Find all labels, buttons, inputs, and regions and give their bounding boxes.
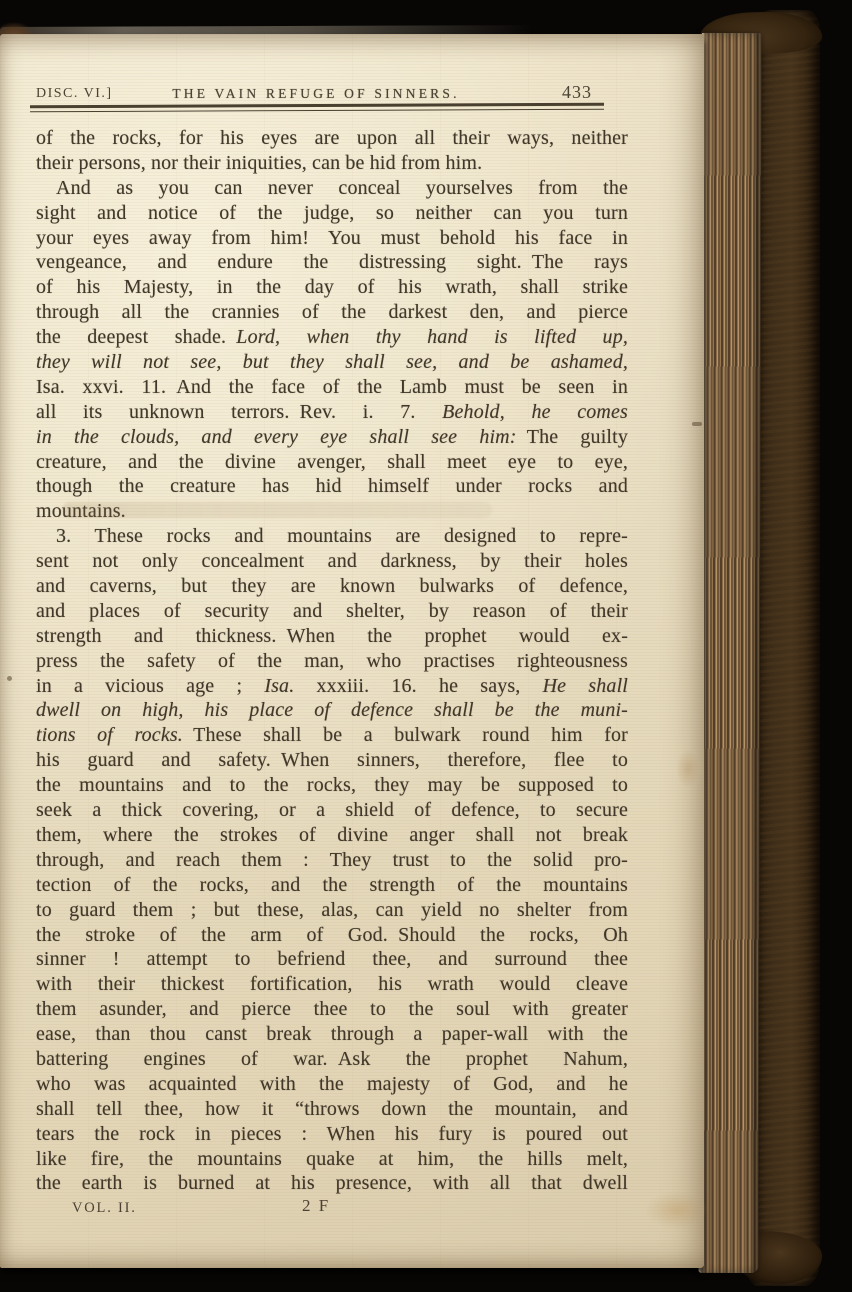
text-line: who was acquainted with the majesty of G…: [36, 1072, 628, 1097]
scripture-quote-text: He shall: [543, 675, 628, 697]
body-text-segment: of his Majesty, in the day of his wrath,…: [36, 276, 628, 298]
body-text-segment: battering engines of war. Ask the prophe…: [36, 1048, 628, 1070]
body-text-segment: them, where the strokes of divine anger …: [36, 824, 628, 846]
text-line: sight and notice of the judge, so neithe…: [36, 201, 628, 226]
scripture-quote-text: dwell on high, his place of defence shal…: [36, 699, 628, 721]
body-text-segment: sight and notice of the judge, so neithe…: [36, 202, 628, 224]
page-footer: VOL. II. 2 F: [0, 1196, 640, 1222]
text-line: through all the crannies of the darkest …: [36, 300, 628, 325]
scripture-quote-text: in the clouds, and every eye shall see h…: [36, 426, 517, 448]
scripture-quote-text: tions of rocks.: [36, 724, 183, 746]
text-line: them asunder, and pierce thee to the sou…: [36, 997, 628, 1022]
body-text-segment: tection of the rocks, and the strength o…: [36, 874, 628, 896]
text-line: mountains.: [36, 499, 628, 524]
body-text-segment: shall tell thee, how it “throws down the…: [36, 1098, 628, 1120]
footer-signature-mark: 2 F: [302, 1196, 330, 1216]
body-text-segment: through all the crannies of the darkest …: [36, 301, 628, 323]
body-text-segment: sinner ! attempt to befriend thee, and s…: [36, 948, 628, 970]
text-line: with their thickest fortification, his w…: [36, 972, 628, 997]
text-line: to guard them ; but these, alas, can yie…: [36, 898, 628, 923]
body-text-segment: strength and thickness. When the prophet…: [36, 625, 628, 647]
body-text-segment: the deepest shade.: [36, 326, 236, 348]
body-text-segment: like fire, the mountains quake at him, t…: [36, 1148, 628, 1170]
scripture-quote-text: Lord, when thy hand is lifted up,: [236, 326, 628, 348]
body-text-segment: Isa. xxvi. 11. And the face of the Lamb …: [36, 376, 628, 398]
scripture-quote-text: Behold, he comes: [442, 401, 628, 423]
text-line: vengeance, and endure the distressing si…: [36, 250, 628, 275]
text-line: the earth is burned at his presence, wit…: [36, 1171, 628, 1196]
scripture-quote-text: they will not see, but they shall see, a…: [36, 351, 628, 373]
body-text-segment: all its unknown terrors. Rev. i. 7.: [36, 401, 442, 423]
body-text-segment: the stroke of the arm of God. Should the…: [36, 924, 628, 946]
body-text-segment: creature, and the divine avenger, shall …: [36, 451, 628, 473]
text-line: though the creature has hid himself unde…: [36, 474, 628, 499]
text-line: in a vicious age ; Isa. xxxiii. 16. he s…: [36, 674, 628, 699]
footer-volume-label: VOL. II.: [72, 1200, 137, 1217]
text-line: your eyes away from him! You must behold…: [36, 226, 628, 251]
body-text-segment: the earth is burned at his presence, wit…: [36, 1172, 628, 1194]
body-text-segment: through, and reach them : They trust to …: [36, 849, 628, 871]
text-line: all its unknown terrors. Rev. i. 7. Beho…: [36, 400, 628, 425]
page-body: of the rocks, for his eyes are upon all …: [36, 126, 628, 1196]
page-fore-edge: [698, 33, 761, 1273]
header-running-title: THE VAIN REFUGE OF SINNERS.: [30, 86, 602, 102]
text-line: tears the rock in pieces : When his fury…: [36, 1122, 628, 1147]
body-text-segment: The guilty: [517, 426, 628, 448]
body-text-segment: though the creature has hid himself unde…: [36, 475, 628, 497]
text-line: them, where the strokes of divine anger …: [36, 823, 628, 848]
body-text-segment: in a vicious age ;: [36, 675, 264, 697]
text-line: their persons, nor their iniquities, can…: [36, 151, 628, 176]
paper-speck: [7, 676, 12, 681]
body-text-segment: his guard and safety. When sinners, ther…: [36, 749, 628, 771]
body-text-segment: mountains.: [36, 500, 126, 522]
text-line: they will not see, but they shall see, a…: [36, 350, 628, 375]
scripture-quote-text: Isa.: [264, 675, 294, 697]
header-rule: [30, 103, 604, 113]
text-line: 3. These rocks and mountains are designe…: [36, 524, 628, 549]
book-page: DISC. VI.] THE VAIN REFUGE OF SINNERS. 4…: [0, 34, 704, 1268]
text-line: sent not only concealment and darkness, …: [36, 549, 628, 574]
body-text-segment: and places of security and shelter, by r…: [36, 600, 628, 622]
body-text-segment: ease, than thou canst break through a pa…: [36, 1023, 628, 1045]
body-text-segment: with their thickest fortification, his w…: [36, 973, 628, 995]
text-line: and caverns, but they are known bulwarks…: [36, 574, 628, 599]
text-line: the mountains and to the rocks, they may…: [36, 773, 628, 798]
body-text-segment: to guard them ; but these, alas, can yie…: [36, 899, 628, 921]
text-line: Isa. xxvi. 11. And the face of the Lamb …: [36, 375, 628, 400]
body-text-segment: of the rocks, for his eyes are upon all …: [36, 127, 628, 149]
body-text-segment: seek a thick covering, or a shield of de…: [36, 799, 628, 821]
text-line: through, and reach them : They trust to …: [36, 848, 628, 873]
text-line: sinner ! attempt to befriend thee, and s…: [36, 947, 628, 972]
body-text-segment: 3. These rocks and mountains are designe…: [56, 525, 628, 547]
body-text-segment: and caverns, but they are known bulwarks…: [36, 575, 628, 597]
paper-speck: [692, 422, 702, 426]
header-page-number: 433: [562, 82, 592, 103]
text-line: creature, and the divine avenger, shall …: [36, 450, 628, 475]
body-text-segment: your eyes away from him! You must behold…: [36, 227, 628, 249]
body-text-segment: vengeance, and endure the distressing si…: [36, 251, 628, 273]
text-line: his guard and safety. When sinners, ther…: [36, 748, 628, 773]
text-line: in the clouds, and every eye shall see h…: [36, 425, 628, 450]
text-line: of his Majesty, in the day of his wrath,…: [36, 275, 628, 300]
body-text-segment: press the safety of the man, who practis…: [36, 650, 628, 672]
body-text-segment: their persons, nor their iniquities, can…: [36, 152, 482, 174]
text-line: dwell on high, his place of defence shal…: [36, 698, 628, 723]
body-text-segment: And as you can never conceal yourselves …: [56, 177, 628, 199]
text-line: tions of rocks. These shall be a bulwark…: [36, 723, 628, 748]
body-text-segment: them asunder, and pierce thee to the sou…: [36, 998, 628, 1020]
paper-stain: [676, 750, 700, 788]
text-line: ease, than thou canst break through a pa…: [36, 1022, 628, 1047]
text-line: battering engines of war. Ask the prophe…: [36, 1047, 628, 1072]
text-line: like fire, the mountains quake at him, t…: [36, 1147, 628, 1172]
body-text-segment: sent not only concealment and darkness, …: [36, 550, 628, 572]
book-photo: DISC. VI.] THE VAIN REFUGE OF SINNERS. 4…: [0, 0, 852, 1292]
body-text-segment: xxxiii. 16. he says,: [294, 675, 542, 697]
text-line: the stroke of the arm of God. Should the…: [36, 923, 628, 948]
text-line: seek a thick covering, or a shield of de…: [36, 798, 628, 823]
text-line: and places of security and shelter, by r…: [36, 599, 628, 624]
text-line: shall tell thee, how it “throws down the…: [36, 1097, 628, 1122]
text-line: the deepest shade. Lord, when thy hand i…: [36, 325, 628, 350]
body-text-segment: the mountains and to the rocks, they may…: [36, 774, 628, 796]
body-text-segment: tears the rock in pieces : When his fury…: [36, 1123, 628, 1145]
text-line: tection of the rocks, and the strength o…: [36, 873, 628, 898]
body-text-segment: These shall be a bulwark round him for: [183, 724, 628, 746]
page-header: DISC. VI.] THE VAIN REFUGE OF SINNERS. 4…: [0, 84, 640, 104]
paper-stain: [646, 1192, 708, 1228]
text-line: of the rocks, for his eyes are upon all …: [36, 126, 628, 151]
text-line: And as you can never conceal yourselves …: [36, 176, 628, 201]
text-line: press the safety of the man, who practis…: [36, 649, 628, 674]
body-text-segment: who was acquainted with the majesty of G…: [36, 1073, 628, 1095]
text-line: strength and thickness. When the prophet…: [36, 624, 628, 649]
